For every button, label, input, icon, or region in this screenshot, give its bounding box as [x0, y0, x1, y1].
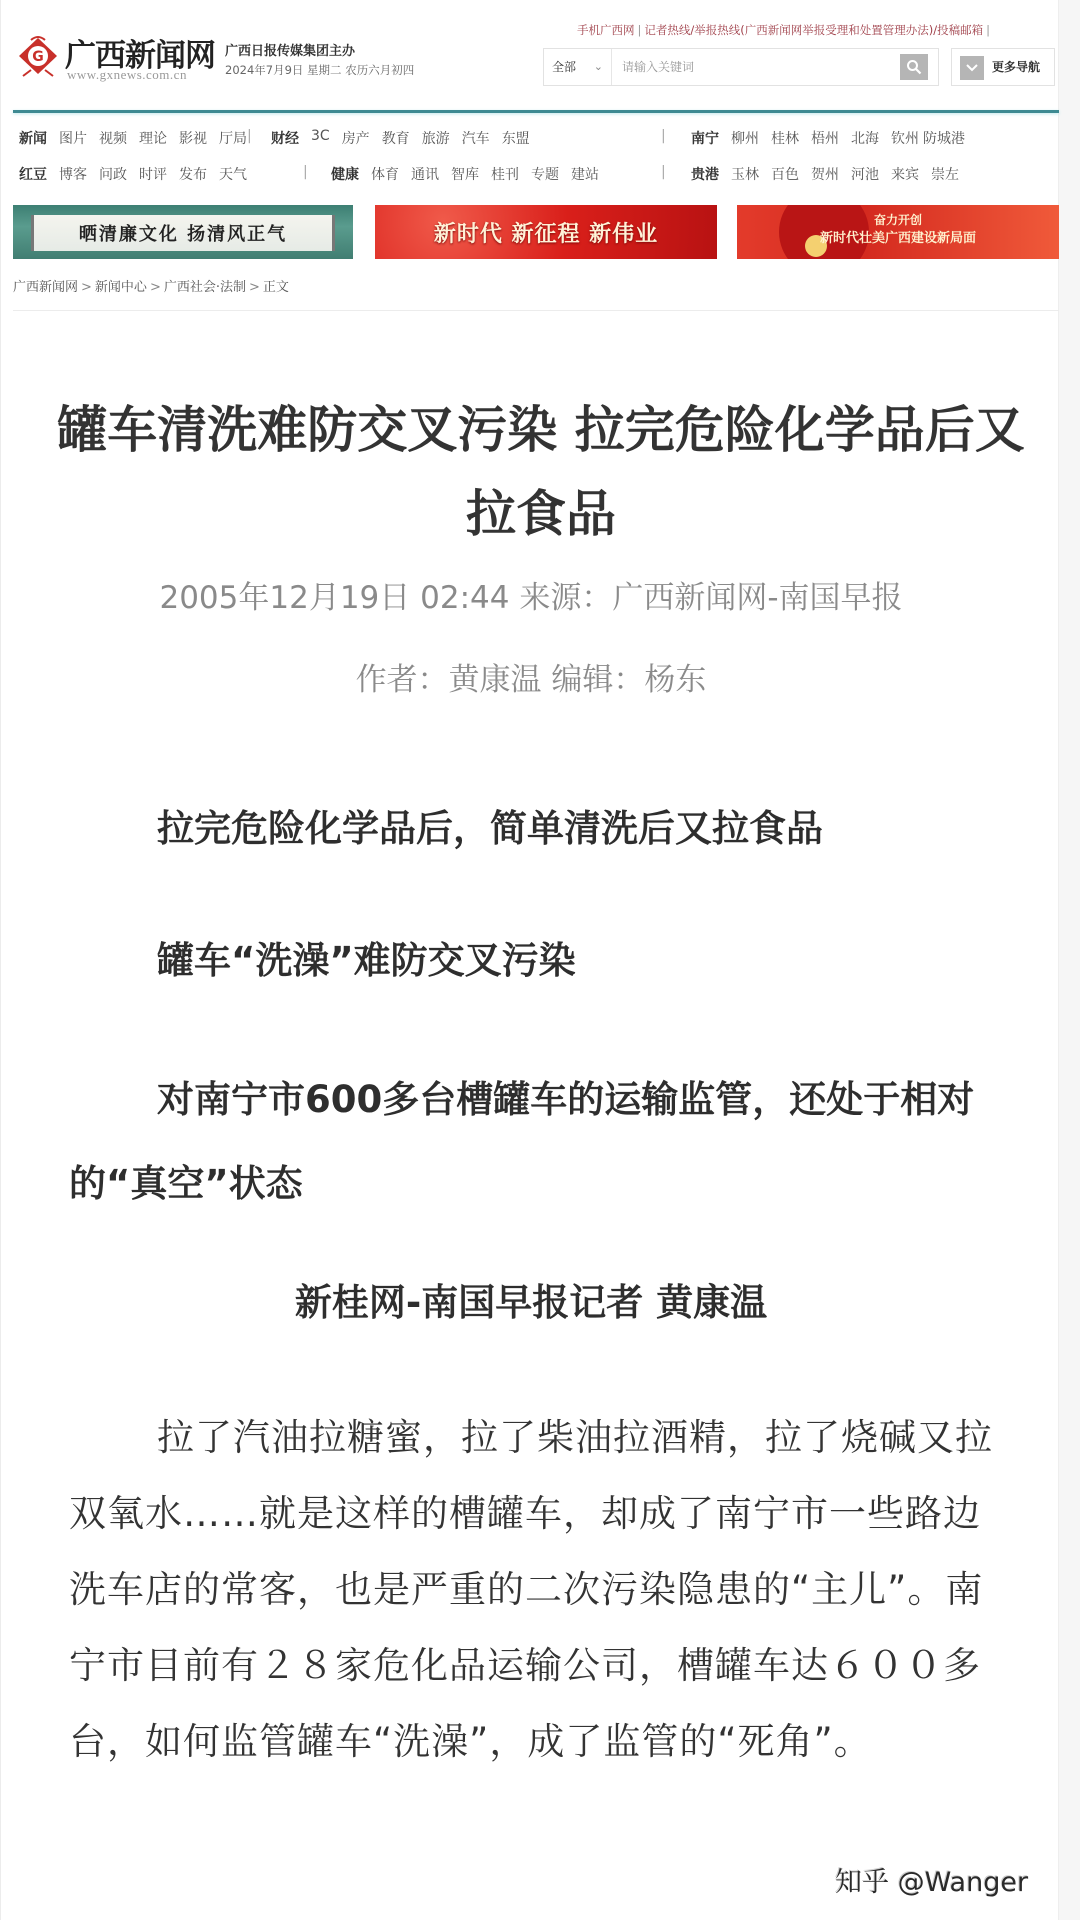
- nav-link[interactable]: 博客: [59, 164, 87, 184]
- nav-link[interactable]: 北海: [851, 128, 879, 148]
- hotline-link[interactable]: 记者热线/举报热线(广西新闻网举报受理和处置管理办法)/投稿邮箱: [644, 23, 983, 37]
- search-box: 全部 ⌄: [543, 48, 939, 86]
- breadcrumb: 广西新闻网>新闻中心>广西社会·法制>正文: [13, 276, 289, 295]
- nav-link[interactable]: 防城港: [923, 128, 965, 148]
- nav-link[interactable]: 新闻: [19, 128, 47, 148]
- nav-link[interactable]: 通讯: [411, 164, 439, 184]
- banner-text-line-2: 新时代壮美广西建设新局面: [737, 227, 1059, 246]
- nav-group-cities: 南宁 柳州 桂林 梧州 北海 钦州 防城港: [691, 128, 977, 148]
- nav-link[interactable]: 红豆: [19, 164, 47, 184]
- nav-divider-rule: [13, 110, 1059, 113]
- article-author-editor: 作者：黄康温 编辑：杨东: [1, 654, 1061, 699]
- nav-link[interactable]: 百色: [771, 164, 799, 184]
- nav-link[interactable]: 贵港: [691, 164, 719, 184]
- nav-link[interactable]: 专题: [531, 164, 559, 184]
- banner-new-era[interactable]: 新时代 新征程 新伟业: [375, 205, 717, 259]
- logo-emblem-icon: G: [15, 34, 61, 80]
- nav-separator: |: [661, 164, 666, 180]
- nav-link[interactable]: 教育: [382, 128, 410, 148]
- nav-link[interactable]: 影视: [179, 128, 207, 148]
- separator: |: [638, 23, 642, 37]
- organizer-name: 广西日报传媒集团主办: [225, 40, 355, 59]
- nav-link[interactable]: 智库: [451, 164, 479, 184]
- nav-link[interactable]: 南宁: [691, 128, 719, 148]
- nav-group-features: 健康 体育 通讯 智库 桂刊 专题 建站: [331, 164, 611, 184]
- more-navigation-button[interactable]: 更多导航: [951, 48, 1055, 86]
- nav-link[interactable]: 图片: [59, 128, 87, 148]
- search-button[interactable]: [900, 54, 928, 80]
- zhihu-watermark: 知乎 @Wanger: [835, 1860, 1028, 1899]
- search-scope-value: 全部: [552, 60, 576, 74]
- nav-row-1: 新闻 图片 视频 理论 影视 厅局 | 财经 3C 房产 教育 旅游 汽车 东盟…: [19, 128, 1059, 150]
- search-scope-select[interactable]: 全部 ⌄: [544, 49, 612, 85]
- news-article-page: G 广西新闻网 www.gxnews.com.cn 广西日报传媒集团主办 202…: [0, 0, 1080, 1920]
- banner-text: 晒清廉文化 扬清风正气: [31, 215, 335, 251]
- page-right-edge: [1058, 0, 1080, 1920]
- nav-group-services: 红豆 博客 问政 时评 发布 天气: [19, 164, 259, 184]
- more-navigation-label: 更多导航: [992, 49, 1040, 85]
- nav-link[interactable]: 时评: [139, 164, 167, 184]
- nav-separator: |: [303, 164, 308, 180]
- site-logo[interactable]: G 广西新闻网 www.gxnews.com.cn: [15, 30, 211, 82]
- banner-guangxi-development[interactable]: 奋力开创 新时代壮美广西建设新局面: [737, 205, 1059, 259]
- nav-link[interactable]: 旅游: [422, 128, 450, 148]
- nav-link[interactable]: 发布: [179, 164, 207, 184]
- breadcrumb-separator: >: [81, 280, 92, 295]
- top-links: 手机广西网|记者热线/举报热线(广西新闻网举报受理和处置管理办法)/投稿邮箱|: [577, 22, 993, 38]
- nav-link[interactable]: 河池: [851, 164, 879, 184]
- nav-link[interactable]: 天气: [219, 164, 247, 184]
- nav-separator: |: [247, 128, 252, 144]
- nav-group-channels: 新闻 图片 视频 理论 影视 厅局: [19, 128, 259, 148]
- nav-group-topics: 财经 3C 房产 教育 旅游 汽车 东盟: [271, 128, 542, 148]
- banner-text: 新时代 新征程 新伟业: [434, 217, 658, 248]
- nav-link[interactable]: 崇左: [931, 164, 959, 184]
- breadcrumb-current: 正文: [263, 280, 289, 295]
- breadcrumb-separator: >: [249, 280, 260, 295]
- nav-separator: |: [661, 128, 666, 144]
- nav-link[interactable]: 房产: [342, 128, 370, 148]
- nav-group-cities-2: 贵港 玉林 百色 贺州 河池 来宾 崇左: [691, 164, 971, 184]
- nav-row-2: 红豆 博客 问政 时评 发布 天气 | 健康 体育 通讯 智库 桂刊 专题 建站…: [19, 164, 1059, 186]
- nav-link[interactable]: 汽车: [462, 128, 490, 148]
- logo-url: www.gxnews.com.cn: [67, 67, 187, 83]
- nav-link[interactable]: 财经: [271, 128, 299, 148]
- article-subhead: 对南宁市600多台槽罐车的运输监管，还处于相对的“真空”状态: [69, 1058, 1009, 1226]
- banner-integrity-culture[interactable]: 晒清廉文化 扬清风正气: [13, 205, 353, 259]
- nav-link[interactable]: 梧州: [811, 128, 839, 148]
- nav-link[interactable]: 厅局: [219, 128, 247, 148]
- nav-link[interactable]: 玉林: [731, 164, 759, 184]
- header-date: 2024年7月9日 星期二 农历六月初四: [225, 62, 414, 78]
- article-body-paragraph: 拉了汽油拉糖蜜，拉了柴油拉酒精，拉了烧碱又拉双氧水……就是这样的槽罐车，却成了南…: [69, 1400, 1013, 1780]
- article-title: 罐车清洗难防交叉污染 拉完危险化学品后又拉食品: [51, 388, 1031, 556]
- article-subhead: 拉完危险化学品后，简单清洗后又拉食品: [157, 798, 823, 852]
- nav-link[interactable]: 钦州: [891, 128, 919, 148]
- separator: |: [986, 23, 990, 37]
- breadcrumb-separator: >: [150, 280, 161, 295]
- nav-link[interactable]: 理论: [139, 128, 167, 148]
- nav-link[interactable]: 柳州: [731, 128, 759, 148]
- nav-link[interactable]: 体育: [371, 164, 399, 184]
- article-byline: 新桂网-南国早报记者 黄康温: [1, 1272, 1061, 1326]
- nav-link[interactable]: 3C: [311, 128, 330, 148]
- nav-link[interactable]: 贺州: [811, 164, 839, 184]
- mobile-site-link[interactable]: 手机广西网: [577, 23, 635, 37]
- site-header: G 广西新闻网 www.gxnews.com.cn 广西日报传媒集团主办 202…: [1, 0, 1059, 92]
- search-icon: [906, 59, 922, 75]
- nav-link[interactable]: 健康: [331, 164, 359, 184]
- svg-text:G: G: [32, 49, 44, 65]
- nav-link[interactable]: 问政: [99, 164, 127, 184]
- nav-link[interactable]: 桂林: [771, 128, 799, 148]
- nav-link[interactable]: 桂刊: [491, 164, 519, 184]
- breadcrumb-item[interactable]: 新闻中心: [95, 280, 147, 295]
- chevron-down-icon: [960, 56, 984, 80]
- breadcrumb-item[interactable]: 广西社会·法制: [164, 280, 246, 295]
- article-subhead: 罐车“洗澡”难防交叉污染: [157, 930, 576, 984]
- article-date-source: 2005年12月19日 02:44 来源：广西新闻网-南国早报: [1, 572, 1061, 617]
- nav-link[interactable]: 东盟: [502, 128, 530, 148]
- nav-link[interactable]: 来宾: [891, 164, 919, 184]
- search-input[interactable]: [616, 49, 886, 85]
- breadcrumb-item[interactable]: 广西新闻网: [13, 280, 78, 295]
- chevron-down-icon: ⌄: [594, 49, 603, 85]
- nav-link[interactable]: 视频: [99, 128, 127, 148]
- banner-text-line-1: 奋力开创: [737, 211, 1059, 228]
- nav-link[interactable]: 建站: [571, 164, 599, 184]
- breadcrumb-divider: [13, 310, 1059, 311]
